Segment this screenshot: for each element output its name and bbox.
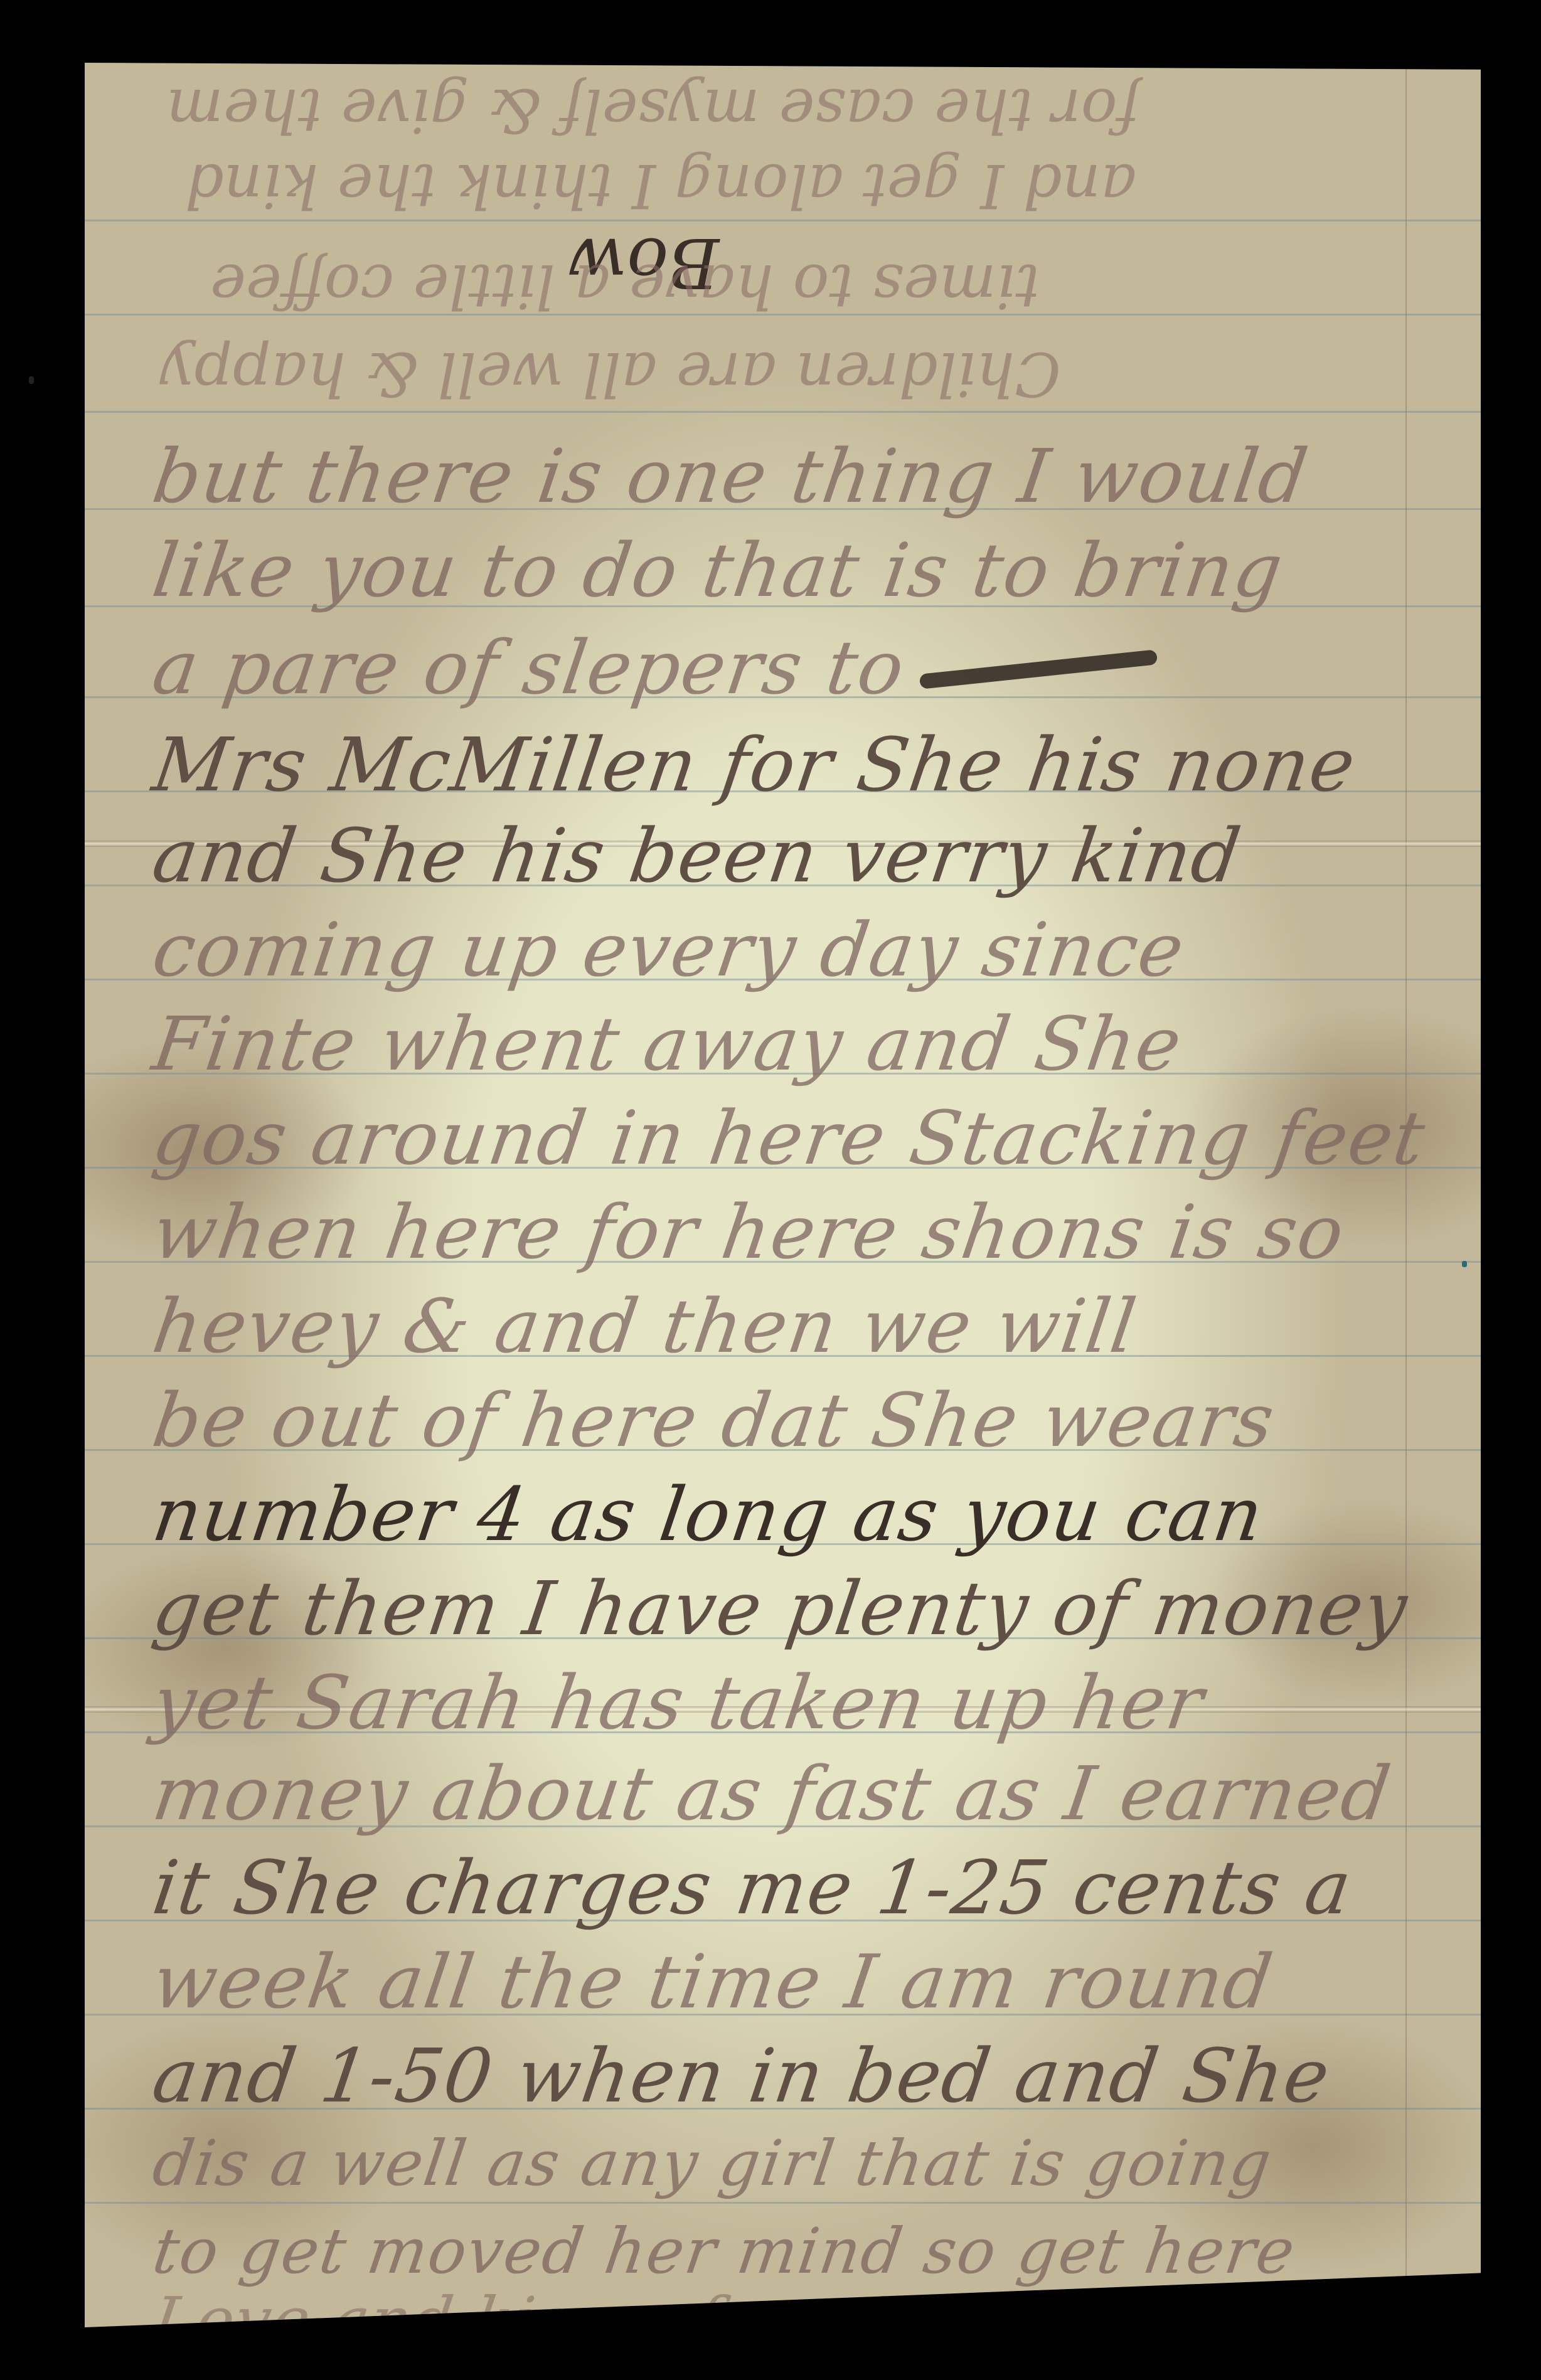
upside-down-line: times to have a little coffee <box>210 251 1040 321</box>
letter-line-16: it She charges me 1-25 cents a <box>147 1844 1357 1931</box>
letter-line-7: Finte whent away and She <box>147 1001 1187 1087</box>
letter-line-8: gos around in here Stacking feet <box>147 1095 1431 1181</box>
upside-down-line: for the case myself & give them <box>166 75 1139 146</box>
letter-line-13: get them I have plenty of money <box>147 1565 1413 1652</box>
upside-down-line: Children are all well & happy <box>160 339 1061 409</box>
letter-line-20: to get moved her mind so get here <box>149 2214 1301 2288</box>
letter-line-3: a pare of slepers to <box>147 624 910 711</box>
letter-line-6: coming up every day since <box>147 906 1190 993</box>
margin-line <box>1405 63 1407 2327</box>
letter-line-19: dis a well as any girl that is going <box>149 2127 1277 2200</box>
upside-down-line: and I get along I think the kind <box>185 151 1136 221</box>
margin-word: you <box>45 204 104 295</box>
ruled-line <box>85 411 1481 413</box>
crossed-out-word <box>919 649 1158 689</box>
letter-line-1: but there is one thing I would <box>147 433 1314 519</box>
letter-line-21: Love and kisses from Will your Mo <box>149 2283 1302 2357</box>
ink-speck <box>29 376 34 384</box>
ink-speck <box>1462 1261 1467 1267</box>
letter-line-2: like you to do that is to bring <box>147 527 1289 614</box>
letter-line-18: and 1-50 when in bed and She <box>147 2032 1335 2119</box>
ruled-line <box>85 2202 1481 2204</box>
letter-line-17: week all the time I am round <box>147 1938 1278 2025</box>
letter-line-10: hevey & and then we will <box>147 1283 1142 1369</box>
letter-line-11: be out of here dat She wears <box>147 1377 1280 1464</box>
letter-line-5: and She his been verry kind <box>147 812 1247 899</box>
letter-line-14: yet Sarah has taken up her <box>147 1659 1210 1746</box>
letter-line-9: when here for here shons is so <box>147 1189 1350 1275</box>
letter-page: for the case myself & give them and I ge… <box>85 63 1481 2327</box>
letter-line-15: money about as fast as I earned <box>147 1750 1397 1837</box>
letter-line-12: number 4 as long as you can <box>147 1471 1269 1558</box>
letter-line-4: Mrs McMillen for She his none <box>147 721 1361 808</box>
